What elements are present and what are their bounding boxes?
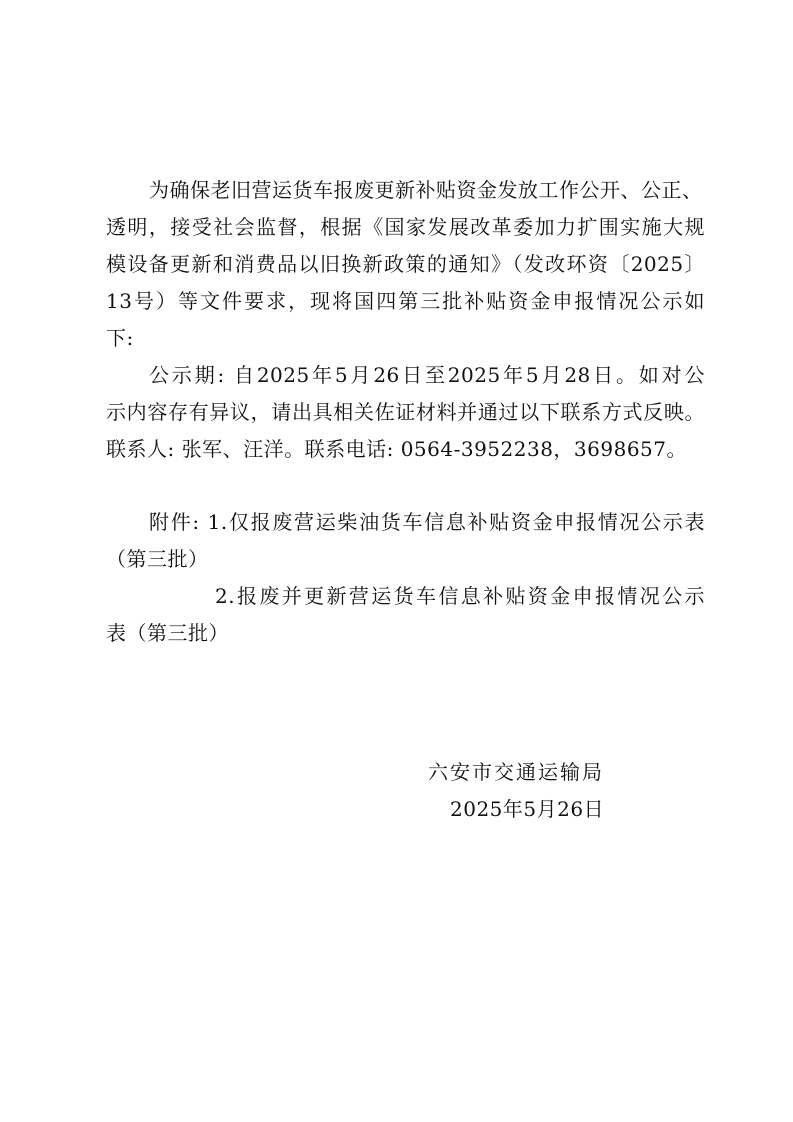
attachment-line-2: （第三批） xyxy=(106,547,209,571)
body-line-1: 为确保老旧营运货车报废更新补贴资金发放工作公开、公正、 xyxy=(149,178,705,202)
notice-line-3: 联系人: 张军、汪洋。联系电话: 0564-3952238，3698657。 xyxy=(106,437,687,461)
attachment-line-3: 2.报废并更新营运货车信息补贴资金申报情况公示 xyxy=(215,584,705,608)
notice-line-2: 示内容存有异议，请出具相关佐证材料并通过以下联系方式反映。 xyxy=(106,400,705,424)
attachment-line-1: 附件: 1.仅报废营运柴油货车信息补贴资金申报情况公示表 xyxy=(149,510,705,534)
signature-issuer: 六安市交通运输局 xyxy=(428,760,604,784)
body-line-5: 下: xyxy=(106,326,134,350)
body-line-2: 透明，接受社会监督，根据《国家发展改革委加力扩围实施大规 xyxy=(106,215,705,239)
body-line-4: 13号）等文件要求，现将国四第三批补贴资金申报情况公示如 xyxy=(106,289,705,313)
notice-line-1: 公示期: 自2025年5月26日至2025年5月28日。如对公 xyxy=(149,363,705,387)
attachment-line-4: 表（第三批） xyxy=(106,621,229,645)
body-line-3: 模设备更新和消费品以旧换新政策的通知》（发改环资〔2025〕 xyxy=(106,252,705,276)
signature-date: 2025年5月26日 xyxy=(450,797,604,821)
